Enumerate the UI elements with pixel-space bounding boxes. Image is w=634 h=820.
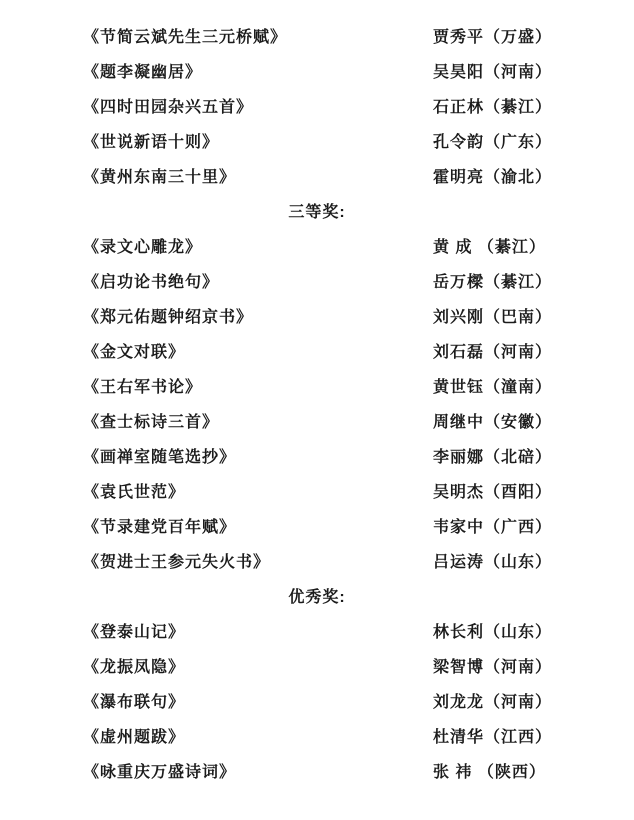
work-title: 《录文心雕龙》	[83, 230, 433, 265]
award-entry-row: 《画禅室随笔选抄》 李丽娜（北碚）	[0, 440, 634, 475]
work-title: 《袁氏世范》	[83, 475, 433, 510]
award-entry-row: 《龙振凤隐》 梁智博（河南）	[0, 650, 634, 685]
work-title: 《四时田园杂兴五首》	[83, 90, 433, 125]
author-and-region: 刘龙龙（河南）	[433, 685, 552, 720]
award-entry-row: 《贺进士王参元失火书》 吕运涛（山东）	[0, 545, 634, 580]
work-title: 《启功论书绝句》	[83, 265, 433, 300]
author-and-region: 李丽娜（北碚）	[433, 440, 552, 475]
work-title: 《画禅室随笔选抄》	[83, 440, 433, 475]
work-title: 《咏重庆万盛诗词》	[83, 755, 433, 790]
author-and-region: 孔令韵（广东）	[433, 125, 552, 160]
award-entry-row: 《题李凝幽居》 吴昊阳（河南）	[0, 55, 634, 90]
work-title: 《查士标诗三首》	[83, 405, 433, 440]
section-header-third-prize: 三等奖:	[0, 195, 634, 230]
work-title: 《节录建党百年赋》	[83, 510, 433, 545]
author-and-region: 吴昊阳（河南）	[433, 55, 552, 90]
award-entry-row: 《录文心雕龙》 黄 成 （綦江）	[0, 230, 634, 265]
work-title: 《世说新语十则》	[83, 125, 433, 160]
author-and-region: 黄 成 （綦江）	[433, 230, 546, 265]
award-entry-row: 《黄州东南三十里》 霍明亮（渝北）	[0, 160, 634, 195]
document-page: 《节简云斌先生三元桥赋》 贾秀平（万盛） 《题李凝幽居》 吴昊阳（河南） 《四时…	[0, 0, 634, 820]
work-title: 《王右军书论》	[83, 370, 433, 405]
author-and-region: 韦家中（广西）	[433, 510, 552, 545]
award-entry-row: 《咏重庆万盛诗词》 张 祎 （陕西）	[0, 755, 634, 790]
work-title: 《金文对联》	[83, 335, 433, 370]
work-title: 《郑元佑题钟绍京书》	[83, 300, 433, 335]
work-title: 《登泰山记》	[83, 615, 433, 650]
author-and-region: 林长利（山东）	[433, 615, 552, 650]
author-and-region: 贾秀平（万盛）	[433, 20, 552, 55]
author-and-region: 霍明亮（渝北）	[433, 160, 552, 195]
award-entry-row: 《查士标诗三首》 周继中（安徽）	[0, 405, 634, 440]
author-and-region: 黄世钰（潼南）	[433, 370, 552, 405]
section-header-excellence-award: 优秀奖:	[0, 580, 634, 615]
award-entry-row: 《世说新语十则》 孔令韵（广东）	[0, 125, 634, 160]
author-and-region: 岳万樑（綦江）	[433, 265, 552, 300]
work-title: 《瀑布联句》	[83, 685, 433, 720]
award-entry-row: 《金文对联》 刘石磊（河南）	[0, 335, 634, 370]
award-entry-row: 《虚州题跋》 杜清华（江西）	[0, 720, 634, 755]
author-and-region: 周继中（安徽）	[433, 405, 552, 440]
award-entry-row: 《节简云斌先生三元桥赋》 贾秀平（万盛）	[0, 20, 634, 55]
work-title: 《黄州东南三十里》	[83, 160, 433, 195]
work-title: 《龙振凤隐》	[83, 650, 433, 685]
author-and-region: 梁智博（河南）	[433, 650, 552, 685]
author-and-region: 石正林（綦江）	[433, 90, 552, 125]
award-entry-row: 《四时田园杂兴五首》 石正林（綦江）	[0, 90, 634, 125]
award-entry-row: 《节录建党百年赋》 韦家中（广西）	[0, 510, 634, 545]
award-entry-row: 《瀑布联句》 刘龙龙（河南）	[0, 685, 634, 720]
award-entry-row: 《登泰山记》 林长利（山东）	[0, 615, 634, 650]
award-entry-row: 《启功论书绝句》 岳万樑（綦江）	[0, 265, 634, 300]
work-title: 《贺进士王参元失火书》	[83, 545, 433, 580]
author-and-region: 刘石磊（河南）	[433, 335, 552, 370]
author-and-region: 吴明杰（酉阳）	[433, 475, 552, 510]
award-entry-row: 《郑元佑题钟绍京书》 刘兴刚（巴南）	[0, 300, 634, 335]
author-and-region: 刘兴刚（巴南）	[433, 300, 552, 335]
award-entry-row: 《袁氏世范》 吴明杰（酉阳）	[0, 475, 634, 510]
work-title: 《虚州题跋》	[83, 720, 433, 755]
author-and-region: 杜清华（江西）	[433, 720, 552, 755]
work-title: 《节简云斌先生三元桥赋》	[83, 20, 433, 55]
author-and-region: 吕运涛（山东）	[433, 545, 552, 580]
work-title: 《题李凝幽居》	[83, 55, 433, 90]
author-and-region: 张 祎 （陕西）	[433, 755, 546, 790]
award-entry-row: 《王右军书论》 黄世钰（潼南）	[0, 370, 634, 405]
